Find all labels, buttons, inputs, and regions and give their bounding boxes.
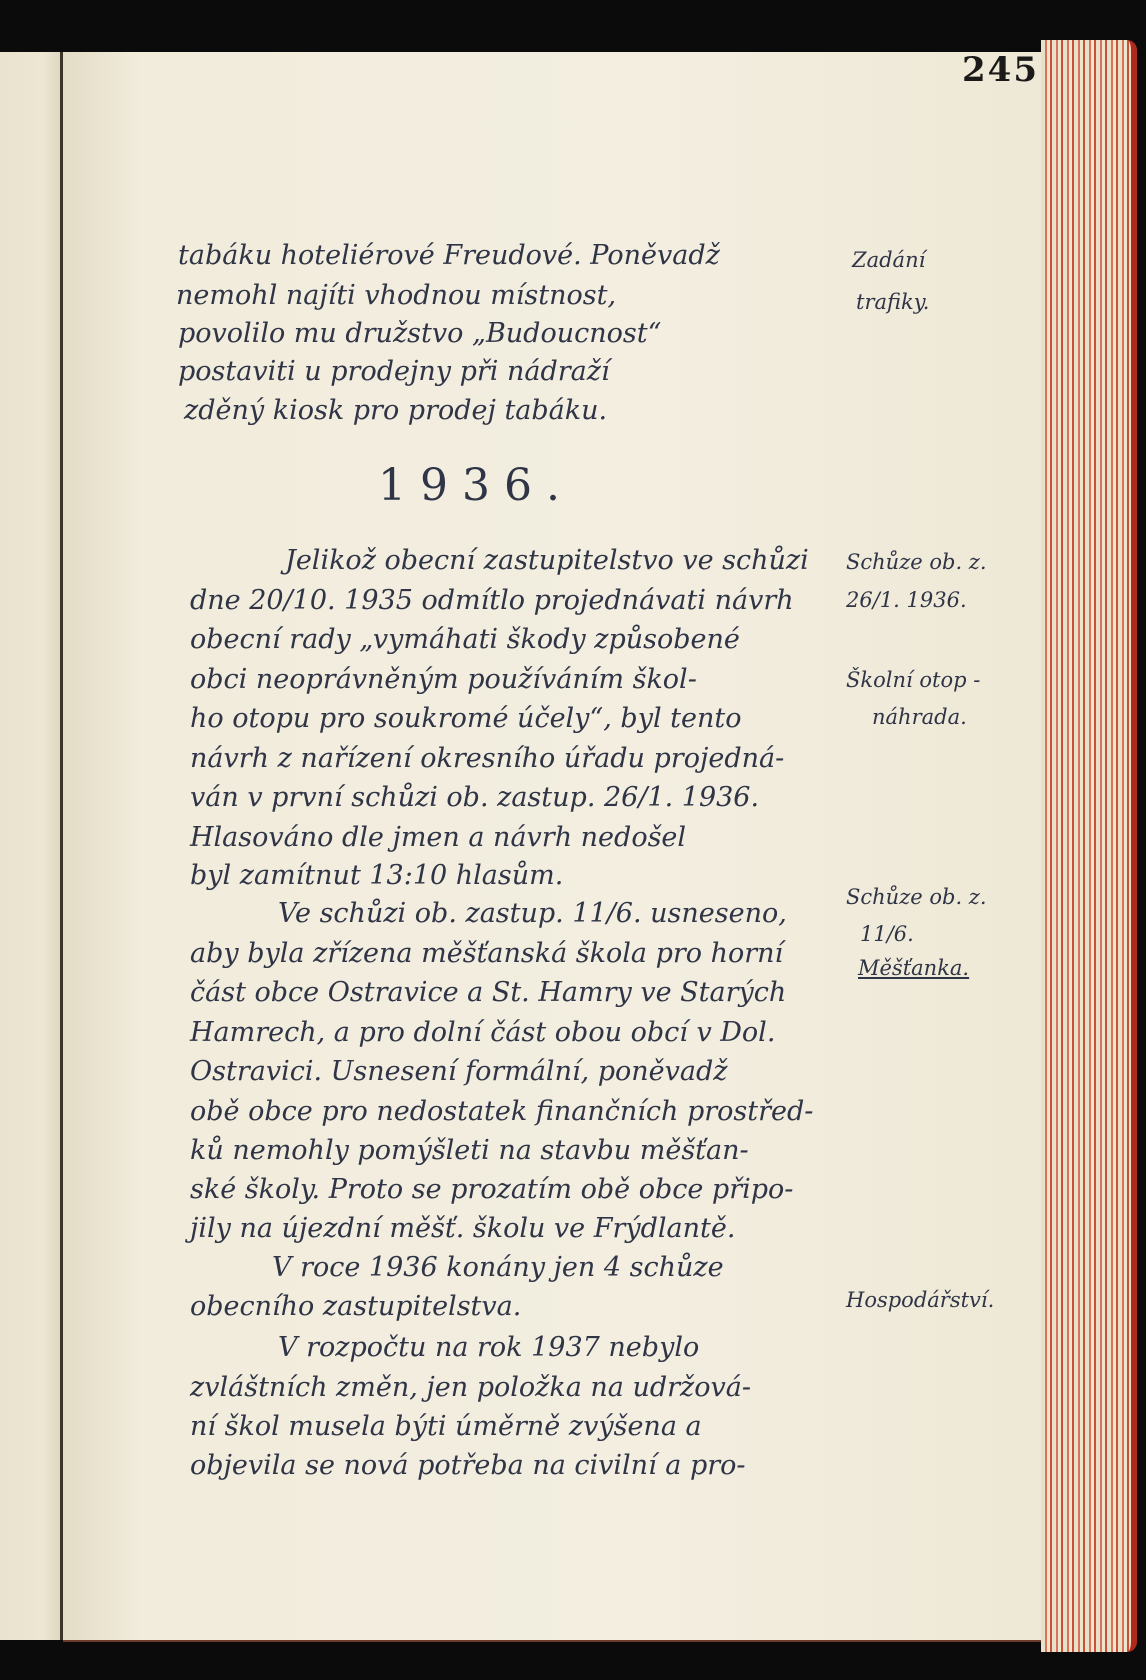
text-line: Jelikož obecní zastupitelstvo ve schůzi xyxy=(285,545,809,576)
text-line: jily na újezdní měšť. školu ve Frýdlantě… xyxy=(190,1213,735,1244)
text-line: byl zamítnut 13:10 hlasům. xyxy=(190,860,563,891)
margin-note: 11/6. xyxy=(860,922,914,946)
text-line: tabáku hoteliérové Freudové. Poněvadž xyxy=(178,240,720,271)
page-edges-red xyxy=(1041,40,1137,1652)
margin-note: Schůze ob. z. xyxy=(846,885,987,909)
text-line: zvláštních změn, jen položka na udržová- xyxy=(190,1372,751,1403)
text-line: návrh z nařízení okresního úřadu projedn… xyxy=(190,743,784,774)
text-line: ván v první schůzi ob. zastup. 26/1. 193… xyxy=(190,782,759,813)
left-page-edge xyxy=(0,52,62,1640)
text-line: ků nemohly pomýšleti na stavbu měšťan- xyxy=(190,1135,749,1166)
text-line: objevila se nová potřeba na civilní a pr… xyxy=(190,1450,746,1481)
text-line: V rozpočtu na rok 1937 nebylo xyxy=(278,1332,699,1363)
year-heading: 1936. xyxy=(378,460,574,511)
text-line: část obce Ostravice a St. Hamry ve Starý… xyxy=(190,977,786,1008)
margin-note: 26/1. 1936. xyxy=(846,588,967,612)
text-line: ho otopu pro soukromé účely“, byl tento xyxy=(190,703,741,734)
text-line: obecní rady „vymáhati škody způsobené xyxy=(190,624,740,655)
text-line: Ve schůzi ob. zastup. 11/6. usneseno, xyxy=(278,898,787,929)
text-line: zděný kiosk pro prodej tabáku. xyxy=(184,395,607,426)
text-line: obci neoprávněným používáním škol- xyxy=(190,664,697,695)
margin-note: Schůze ob. z. xyxy=(846,550,987,574)
text-line: obě obce pro nedostatek finančních prost… xyxy=(190,1096,813,1127)
text-line: ní škol musela býti úměrně zvýšena a xyxy=(190,1411,702,1442)
margin-note: Školní otop - xyxy=(846,668,980,692)
text-line: Ostravici. Usnesení formální, poněvadž xyxy=(190,1056,728,1087)
text-line: povolilo mu družstvo „Budoucnost“ xyxy=(178,318,661,349)
page-number: 245 xyxy=(962,50,1039,90)
margin-note: Zadání xyxy=(852,248,925,272)
margin-note: trafiky. xyxy=(856,290,929,314)
text-line: ské školy. Proto se prozatím obě obce př… xyxy=(190,1174,793,1205)
text-line: Hamrech, a pro dolní část obou obcí v Do… xyxy=(190,1017,775,1048)
text-line: postaviti u prodejny při nádraží xyxy=(178,356,610,387)
text-line: obecního zastupitelstva. xyxy=(190,1291,521,1322)
margin-note: Měšťanka. xyxy=(858,956,969,980)
text-line: nemohl najíti vhodnou místnost, xyxy=(176,280,616,311)
text-line: V roce 1936 konány jen 4 schůze xyxy=(272,1252,724,1283)
margin-note: náhrada. xyxy=(872,705,967,729)
text-line: dne 20/10. 1935 odmítlo projednávati náv… xyxy=(190,585,794,616)
text-line: Hlasováno dle jmen a návrh nedošel xyxy=(190,822,686,853)
margin-note: Hospodářství. xyxy=(846,1288,994,1312)
text-line: aby byla zřízena měšťanská škola pro hor… xyxy=(190,938,783,969)
